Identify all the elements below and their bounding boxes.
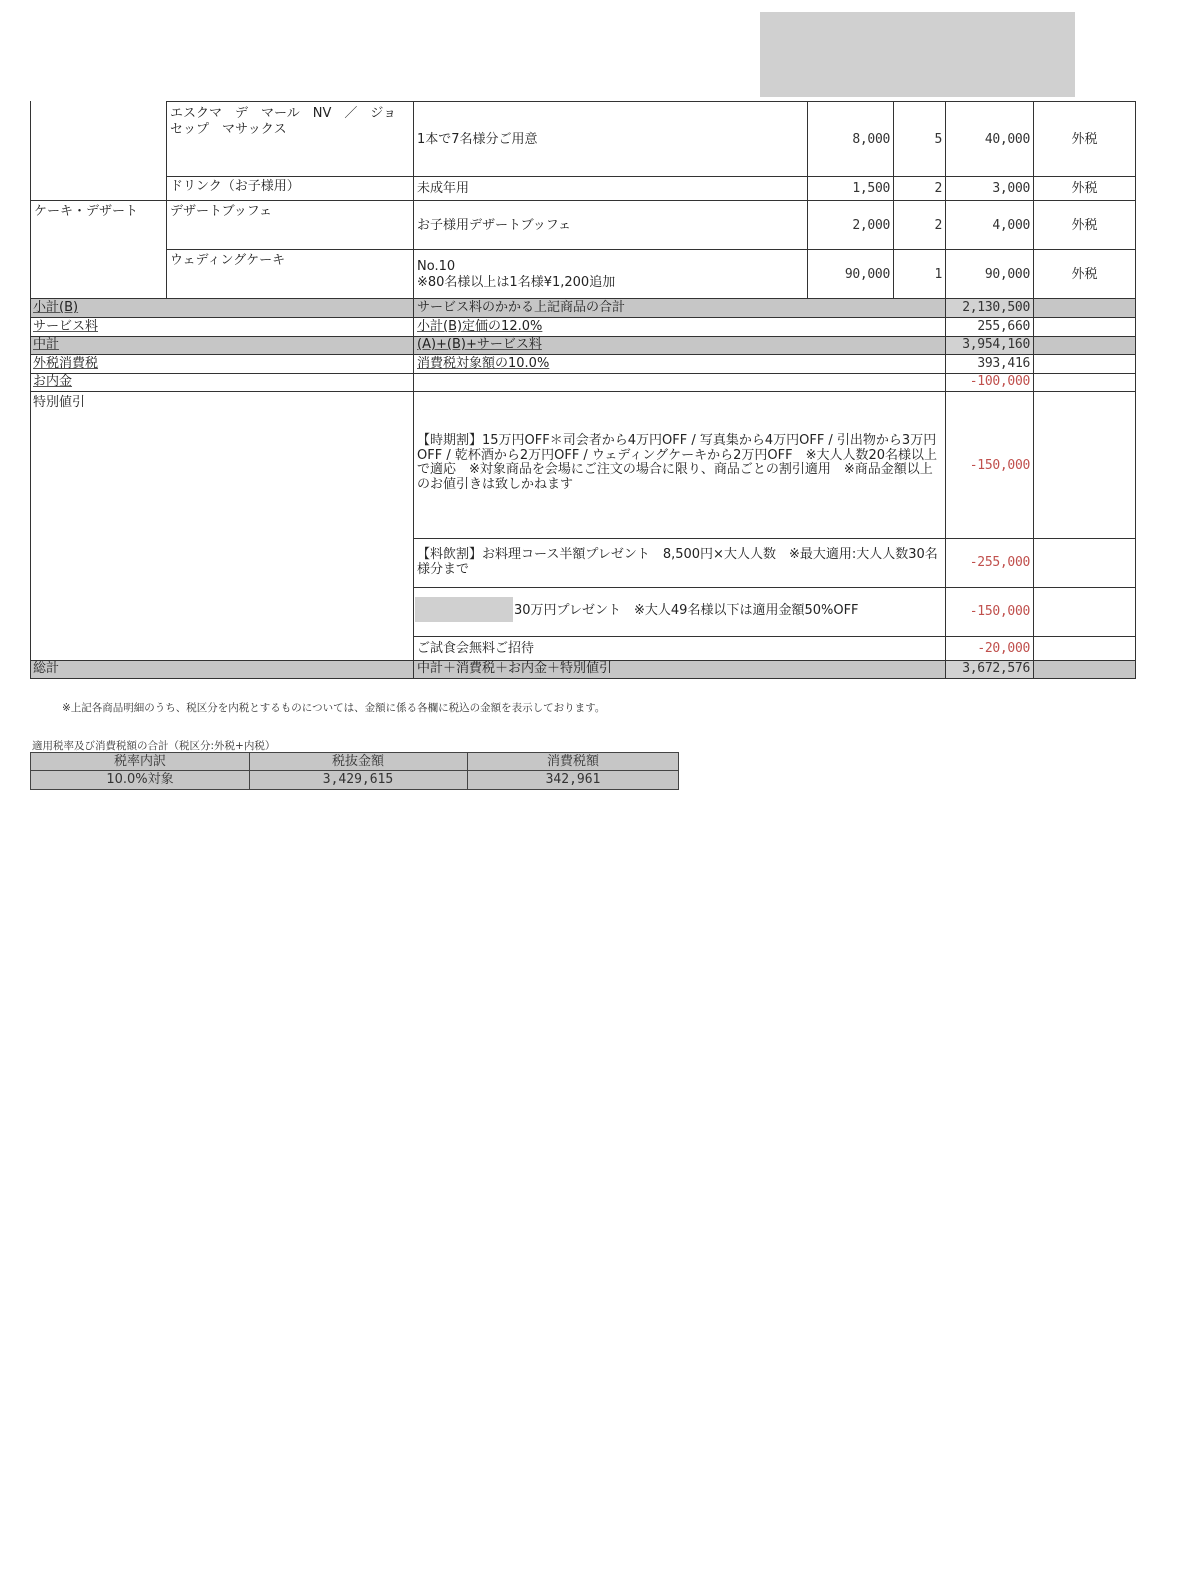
item-description: 1本で7名様分ご用意	[417, 133, 538, 147]
summary-amount-subtotal-b: 2,130,500	[946, 300, 1030, 315]
tax-header-tax: 消費税額	[467, 753, 679, 770]
redacted-discount-name	[415, 597, 513, 622]
item-unit-price: 8,000	[808, 132, 890, 147]
tax-note: ※上記各商品明細のうち、税区分を内税とするものについては、金額に係る各欄に税込の…	[62, 700, 605, 715]
item-amount: 90,000	[946, 267, 1030, 282]
item-description-line1: No.10	[417, 260, 455, 274]
summary-desc-service: 小計(B)定価の12.0%	[417, 320, 542, 334]
item-name: エスクマ デ マール NV ／ ジョセップ マサックス	[170, 106, 400, 138]
tax-summary-table: 税率内訳 税抜金額 消費税額 10.0%対象 3,429,615 342,961	[30, 752, 679, 790]
summary-amount-service: 255,660	[946, 319, 1030, 334]
grand-total-label: 総計	[33, 662, 59, 676]
item-qty: 2	[894, 218, 942, 233]
item-amount: 4,000	[946, 218, 1030, 233]
discount-tasting-desc: ご試食会無料ご招待	[417, 642, 534, 656]
item-qty: 5	[894, 132, 942, 147]
summary-desc-tax: 消費税対象額の10.0%	[417, 357, 549, 371]
item-tax-type: 外税	[1034, 133, 1135, 147]
summary-label-deposit: お内金	[33, 375, 72, 389]
tax-table-caption: 適用税率及び消費税額の合計（税区分:外税+内税）	[32, 738, 275, 753]
item-category: ケーキ・デザート	[34, 205, 138, 219]
discount-food-desc: 【料飲割】お料理コース半額プレゼント 8,500円×大人人数 ※最大適用:大人人…	[417, 548, 939, 577]
summary-amount-deposit: -100,000	[946, 374, 1030, 389]
discount-gift-desc: 30万円プレゼント ※大人49名様以下は適用金額50%OFF	[514, 604, 859, 618]
item-tax-type: 外税	[1034, 219, 1135, 233]
grand-total-amount: 3,672,576	[946, 661, 1030, 676]
tax-header-rate: 税率内訳	[31, 753, 249, 770]
grand-total-desc: 中計＋消費税＋お内金＋特別値引	[417, 662, 612, 676]
summary-amount-tax: 393,416	[946, 356, 1030, 371]
discount-tasting-amount: -20,000	[946, 641, 1030, 656]
summary-label-midtotal: 中計	[33, 338, 59, 352]
item-amount: 3,000	[946, 181, 1030, 196]
item-qty: 1	[894, 267, 942, 282]
item-name: ウェディングケーキ	[170, 254, 285, 268]
redacted-header-block	[760, 12, 1075, 97]
item-name: ドリンク（お子様用）	[170, 180, 300, 194]
summary-label-subtotal-b: 小計(B)	[33, 301, 78, 315]
discount-seasonal-desc: 【時期割】15万円OFF＊司会者から4万円OFF / 写真集から4万円OFF /…	[417, 434, 939, 492]
discount-seasonal-amount: -150,000	[946, 458, 1030, 473]
item-description-line2: ※80名様以上は1名様¥1,200追加	[417, 276, 615, 290]
item-description: 未成年用	[417, 182, 469, 196]
tax-rate-value: 10.0%対象	[31, 771, 249, 788]
special-discount-label: 特別値引	[33, 396, 85, 410]
item-amount: 40,000	[946, 132, 1030, 147]
item-tax-type: 外税	[1034, 182, 1135, 196]
summary-amount-midtotal: 3,954,160	[946, 337, 1030, 352]
item-qty: 2	[894, 181, 942, 196]
item-tax-type: 外税	[1034, 268, 1135, 282]
item-description: お子様用デザートブッフェ	[417, 219, 571, 233]
item-name: デザートブッフェ	[170, 205, 272, 219]
tax-pretax-value: 3,429,615	[249, 771, 467, 788]
item-unit-price: 2,000	[808, 218, 890, 233]
summary-label-tax: 外税消費税	[33, 357, 98, 371]
summary-desc-subtotal-b: サービス料のかかる上記商品の合計	[417, 301, 625, 315]
discount-food-amount: -255,000	[946, 555, 1030, 570]
tax-amount-value: 342,961	[467, 771, 679, 788]
summary-label-service: サービス料	[33, 320, 98, 334]
discount-gift-amount: -150,000	[946, 604, 1030, 619]
item-unit-price: 1,500	[808, 181, 890, 196]
item-unit-price: 90,000	[808, 267, 890, 282]
summary-desc-midtotal: (A)+(B)+サービス料	[417, 338, 542, 352]
tax-header-pretax: 税抜金額	[249, 753, 467, 770]
